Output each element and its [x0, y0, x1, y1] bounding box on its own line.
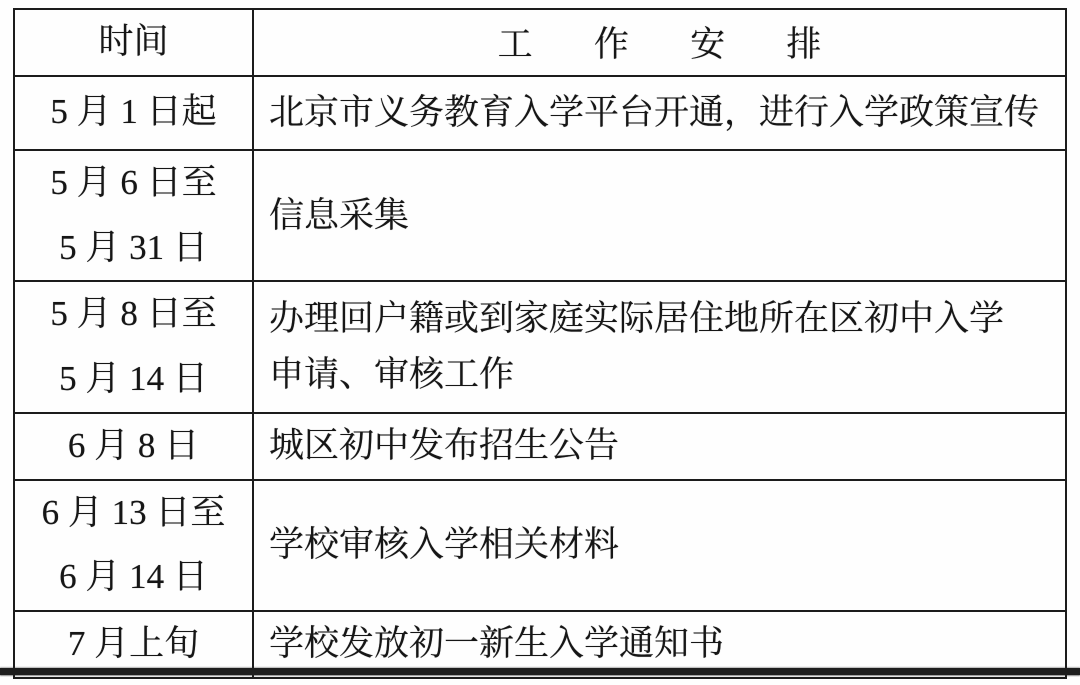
time-cell: 5 月 8 日至 5 月 14 日: [14, 281, 253, 413]
time-cell: 5 月 6 日至 5 月 31 日: [14, 150, 253, 282]
table-row: 5 月 1 日起 北京市义务教育入学平台开通，进行入学政策宣传: [14, 76, 1066, 150]
time-cell: 6 月 8 日: [14, 413, 253, 480]
time-cell: 5 月 1 日起: [14, 76, 253, 150]
scan-artifact-bar: [0, 668, 1080, 675]
column-header-work: 工作安排: [253, 9, 1066, 76]
table-row: 6 月 13 日至 6 月 14 日 学校审核入学相关材料: [14, 480, 1066, 612]
table-row: 6 月 8 日 城区初中发布招生公告: [14, 413, 1066, 480]
table-header-row: 时间 工作安排: [14, 9, 1066, 76]
work-cell: 城区初中发布招生公告: [253, 413, 1066, 480]
work-cell: 办理回户籍或到家庭实际居住地所在区初中入学 申请、审核工作: [253, 281, 1066, 413]
table-row: 5 月 6 日至 5 月 31 日 信息采集: [14, 150, 1066, 282]
scanned-schedule-document: 时间 工作安排 5 月 1 日起 北京市义务教育入学平台开通，进行入学政策宣传 …: [0, 0, 1080, 685]
work-cell: 信息采集: [253, 150, 1066, 282]
enrollment-schedule-table: 时间 工作安排 5 月 1 日起 北京市义务教育入学平台开通，进行入学政策宣传 …: [13, 8, 1067, 679]
time-cell: 6 月 13 日至 6 月 14 日: [14, 480, 253, 612]
work-cell: 学校审核入学相关材料: [253, 480, 1066, 612]
column-header-time: 时间: [14, 9, 253, 76]
work-cell: 北京市义务教育入学平台开通，进行入学政策宣传: [253, 76, 1066, 150]
table-row: 5 月 8 日至 5 月 14 日 办理回户籍或到家庭实际居住地所在区初中入学 …: [14, 281, 1066, 413]
